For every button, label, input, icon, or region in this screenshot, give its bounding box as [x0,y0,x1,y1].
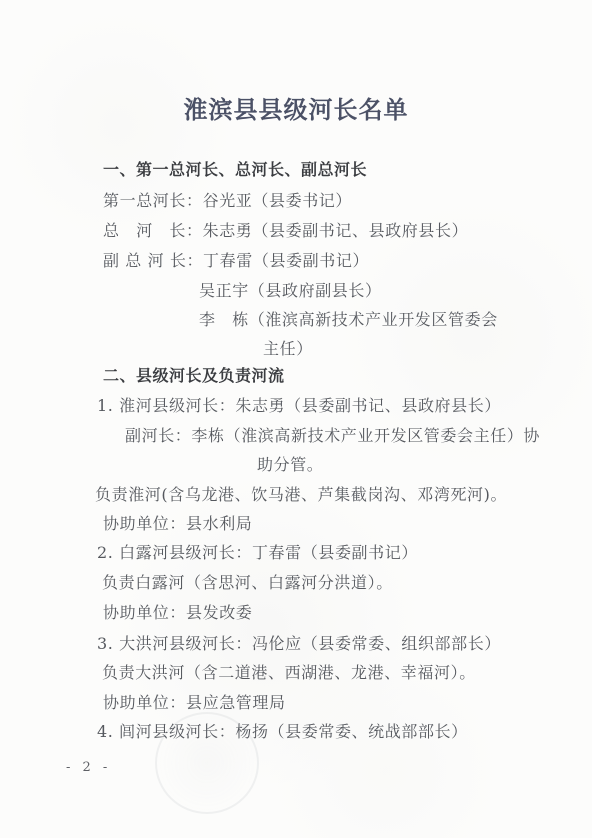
document-title: 淮滨县县级河长名单 [0,90,592,125]
item1-river-line: 负责淮河(含乌龙港、饮马港、芦集截岗沟、邓湾死河)。 [95,482,507,505]
item1-assist-line: 协助单位：县水利局 [103,511,252,534]
seal-ghost-watermark [155,712,259,814]
item4-chief-line: 4. 闾河县级河长：杨扬（县委常委、统战部部长） [97,719,468,742]
deputy-total-chief-line-3: 李 栋（淮滨高新技术产业开发区管委会 [199,307,498,330]
total-river-chief-line: 总 河 长：朱志勇（县委副书记、县政府县长） [103,218,468,241]
scanned-document-page: 淮滨县县级河长名单 一、第一总河长、总河长、副总河长 第一总河长：谷光亚（县委书… [0,0,592,838]
item2-river-line: 负责白露河（含思河、白露河分洪道）。 [102,570,393,593]
item3-chief-line: 3. 大洪河县级河长：冯伦应（县委常委、组织部部长） [97,631,501,654]
section-two-heading: 二、县级河长及负责河流 [103,363,285,386]
item2-assist-line: 协助单位：县发改委 [103,600,252,623]
page-number: - 2 - [66,760,111,775]
item3-assist-line: 协助单位：县应急管理局 [103,690,286,713]
item2-chief-line: 2. 白露河县级河长：丁春雷（县委副书记） [97,540,418,563]
deputy-total-chief-line-3-continuation: 主任） [263,336,313,359]
section-one-heading: 一、第一总河长、总河长、副总河长 [103,157,367,180]
deputy-total-chief-line-2: 吴正宇（县政府副县长） [199,278,382,301]
item1-deputy-line-continuation: 助分管。 [257,452,323,475]
deputy-total-chief-line-1: 副 总 河 长：丁春雷（县委副书记） [103,248,369,271]
item1-deputy-line: 副河长：李栋（淮滨高新技术产业开发区管委会主任）协 [125,423,540,446]
item3-river-line: 负责大洪河（含二道港、西湖港、龙港、幸福河）。 [102,660,476,683]
item1-chief-line: 1. 淮河县级河长：朱志勇（县委副书记、县政府县长） [97,393,501,416]
first-total-river-chief-line: 第一总河长：谷光亚（县委书记） [103,188,352,211]
